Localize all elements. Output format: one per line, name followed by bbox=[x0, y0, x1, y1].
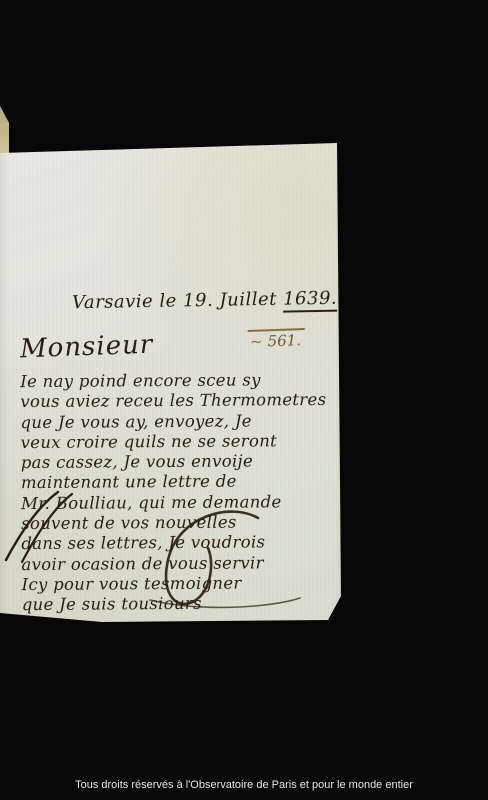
body-line: pas cassez, Je vous envoije bbox=[21, 451, 327, 473]
body-line: maintenant une lettre de bbox=[21, 471, 327, 493]
dateline-year: 1639. bbox=[283, 288, 337, 313]
body-line: veux croire quils ne se seront bbox=[21, 431, 327, 453]
dateline-place: Varsavie le 19. Juillet bbox=[72, 289, 277, 314]
body-line: avoir ocasion de vous servir bbox=[21, 553, 327, 575]
letter-body: Ie nay poind encore sceu sy vous aviez r… bbox=[20, 370, 328, 616]
underlying-page-edge bbox=[0, 106, 9, 154]
body-line: que Je vous ay, envoyez, Je bbox=[20, 411, 326, 433]
closing-formula-line-2: et tres obligé servitr bbox=[152, 701, 325, 725]
salutation: Monsieur bbox=[20, 330, 154, 365]
body-line: souvent de vos nouvelles bbox=[21, 512, 327, 534]
observatoire-de-paris-stamp: OBSERVATOIRE DE PARIS bbox=[132, 623, 204, 659]
body-line: Icy pour vous tesmoigner bbox=[22, 573, 328, 595]
stamp-line-1: OBSERVATOIRE bbox=[134, 629, 200, 644]
manuscript-page: Varsavie le 19. Juillet 1639. ~561. Mons… bbox=[0, 140, 346, 626]
folio-number: ~561. bbox=[248, 328, 306, 351]
folio-tilde-mark: ~ bbox=[250, 332, 263, 350]
body-line: que Je suis tousiours bbox=[22, 593, 328, 615]
dateline: Varsavie le 19. Juillet 1639. bbox=[72, 288, 337, 314]
body-line: Ie nay poind encore sceu sy bbox=[20, 370, 326, 392]
closing-formula-line-1: Vre tres humbles bbox=[162, 683, 306, 706]
copyright-caption: Tous droits réservés à l'Observatoire de… bbox=[0, 779, 488, 791]
body-line: Mr. Boulliau, qui me demande bbox=[21, 492, 327, 514]
closing-salutation: Monsieur bbox=[7, 652, 161, 695]
body-line: vous aviez receu les Thermometres bbox=[20, 390, 326, 412]
stamp-line-2: DE PARIS bbox=[148, 639, 188, 651]
signature: Des Noyers bbox=[182, 718, 326, 753]
folio-value: 561. bbox=[267, 331, 301, 350]
scan-background: Varsavie le 19. Juillet 1639. ~561. Mons… bbox=[0, 0, 488, 800]
body-line: dans ses lettres, Je voudrois bbox=[21, 532, 327, 554]
